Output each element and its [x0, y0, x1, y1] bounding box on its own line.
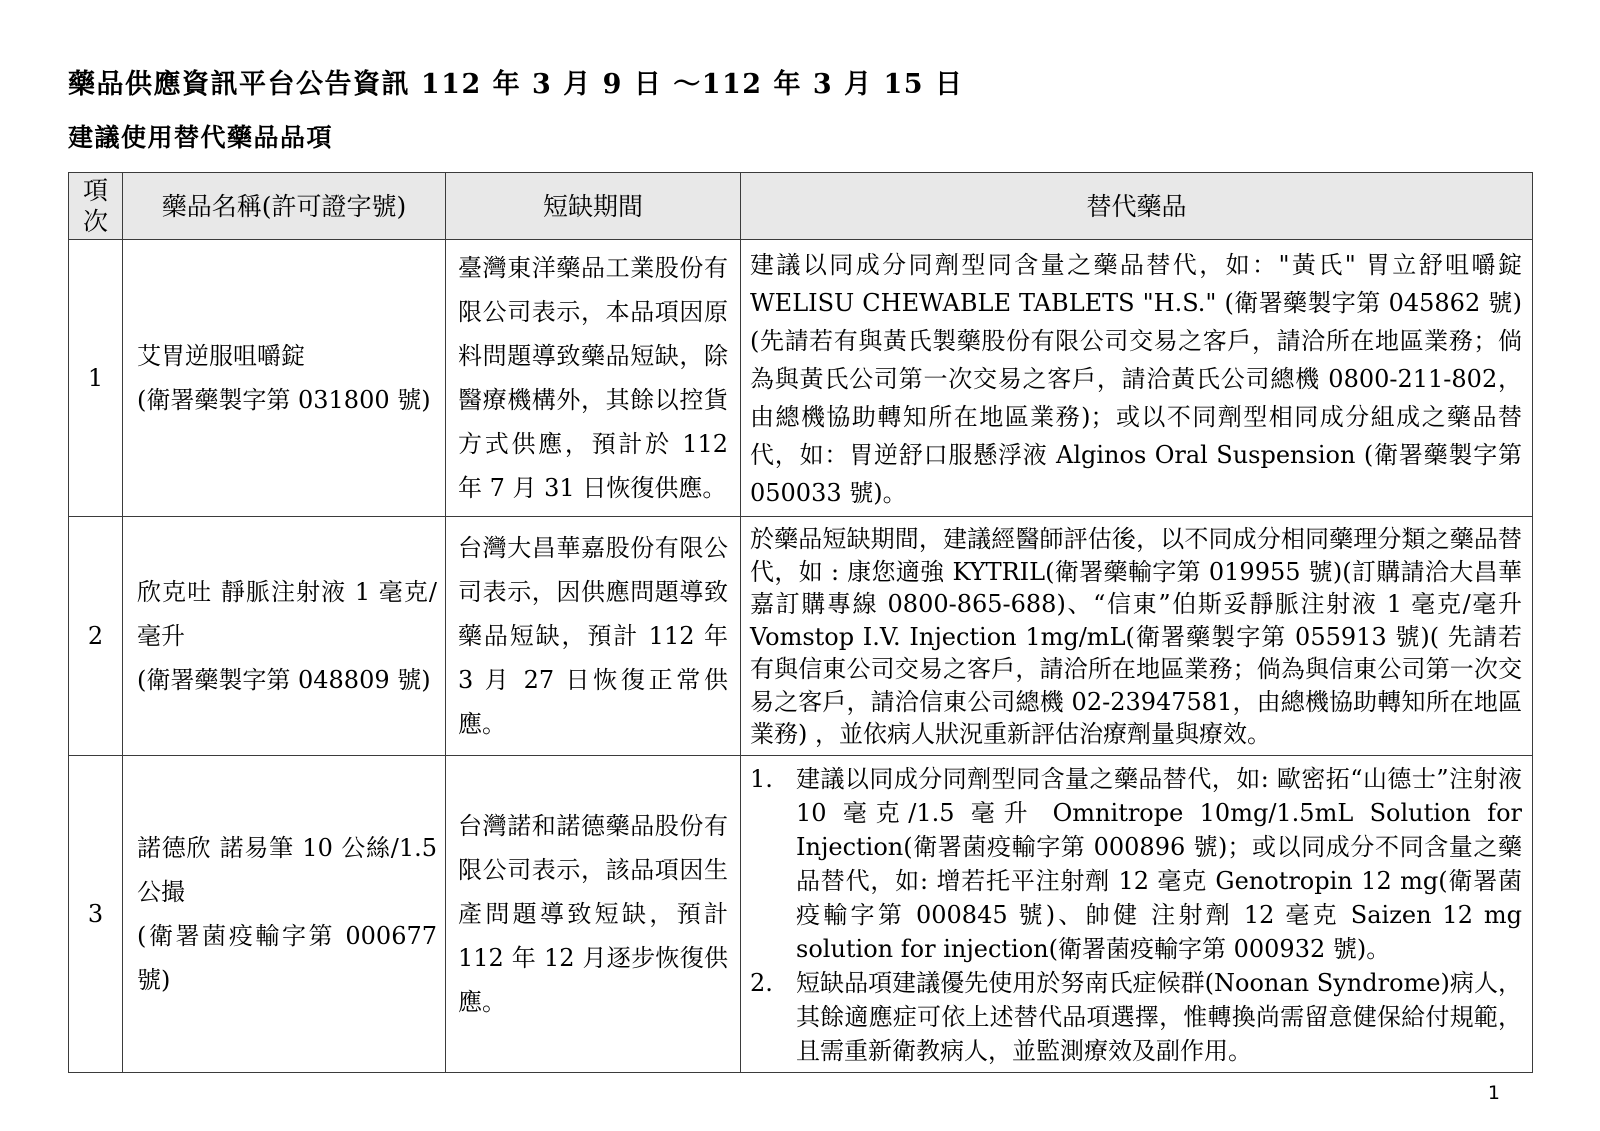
drug-name-cell: 欣克吐 靜脈注射液 1 毫克/毫升 (衛署藥製字第 048809 號) — [123, 517, 446, 756]
document-page: 藥品供應資訊平台公告資訊 112 年 3 月 9 日 ～112 年 3 月 15… — [0, 0, 1600, 1131]
page-number: 1 — [1488, 1082, 1500, 1104]
list-item-text: 建議以同成分同劑型同含量之藥品替代，如: 歐密拓“山德士”注射液 10 毫克/1… — [796, 762, 1522, 966]
list-item-number: 1. — [750, 762, 796, 796]
list-item-text: 短缺品項建議優先使用於努南氏症候群(Noonan Syndrome)病人，其餘適… — [796, 966, 1522, 1068]
table-row: 2 欣克吐 靜脈注射液 1 毫克/毫升 (衛署藥製字第 048809 號) 台灣… — [69, 517, 1533, 756]
row-index: 2 — [69, 517, 123, 756]
alternatives-cell: 建議以同成分同劑型同含量之藥品替代，如："黃氏" 胃立舒咀嚼錠 WELISU C… — [741, 240, 1533, 517]
drug-name-cell: 諾德欣 諾易筆 10 公絲/1.5 公撮 (衛署菌疫輸字第 000677 號) — [123, 755, 446, 1072]
table-row: 1 艾胃逆服咀嚼錠 (衛署藥製字第 031800 號) 臺灣東洋藥品工業股份有限… — [69, 240, 1533, 517]
column-header-index: 項次 — [69, 173, 123, 240]
alternatives-list-item: 2. 短缺品項建議優先使用於努南氏症候群(Noonan Syndrome)病人，… — [750, 966, 1522, 1068]
column-header-alternatives: 替代藥品 — [741, 173, 1533, 240]
alternatives-list-item: 1. 建議以同成分同劑型同含量之藥品替代，如: 歐密拓“山德士”注射液 10 毫… — [750, 762, 1522, 966]
row-index: 1 — [69, 240, 123, 517]
drug-name-cell: 艾胃逆服咀嚼錠 (衛署藥製字第 031800 號) — [123, 240, 446, 517]
shortage-period-cell: 台灣諾和諾德藥品股份有限公司表示，該品項因生產問題導致短缺，預計 112 年 1… — [446, 755, 741, 1072]
alternatives-cell: 1. 建議以同成分同劑型同含量之藥品替代，如: 歐密拓“山德士”注射液 10 毫… — [741, 755, 1533, 1072]
page-subtitle: 建議使用替代藥品品項 — [68, 118, 333, 154]
column-header-shortage-period: 短缺期間 — [446, 173, 741, 240]
page-title: 藥品供應資訊平台公告資訊 112 年 3 月 9 日 ～112 年 3 月 15… — [68, 62, 963, 101]
column-header-drug-name: 藥品名稱(許可證字號) — [123, 173, 446, 240]
table-row: 3 諾德欣 諾易筆 10 公絲/1.5 公撮 (衛署菌疫輸字第 000677 號… — [69, 755, 1533, 1072]
shortage-period-cell: 台灣大昌華嘉股份有限公司表示，因供應問題導致藥品短缺，預計 112 年 3 月 … — [446, 517, 741, 756]
alternatives-cell: 於藥品短缺期間，建議經醫師評估後，以不同成分相同藥理分類之藥品替代，如 : 康您… — [741, 517, 1533, 756]
shortage-period-cell: 臺灣東洋藥品工業股份有限公司表示，本品項因原料問題導致藥品短缺，除醫療機構外，其… — [446, 240, 741, 517]
list-item-number: 2. — [750, 966, 796, 1000]
drug-shortage-table: 項次 藥品名稱(許可證字號) 短缺期間 替代藥品 1 艾胃逆服咀嚼錠 (衛署藥製… — [68, 172, 1533, 1073]
row-index: 3 — [69, 755, 123, 1072]
table-header-row: 項次 藥品名稱(許可證字號) 短缺期間 替代藥品 — [69, 173, 1533, 240]
